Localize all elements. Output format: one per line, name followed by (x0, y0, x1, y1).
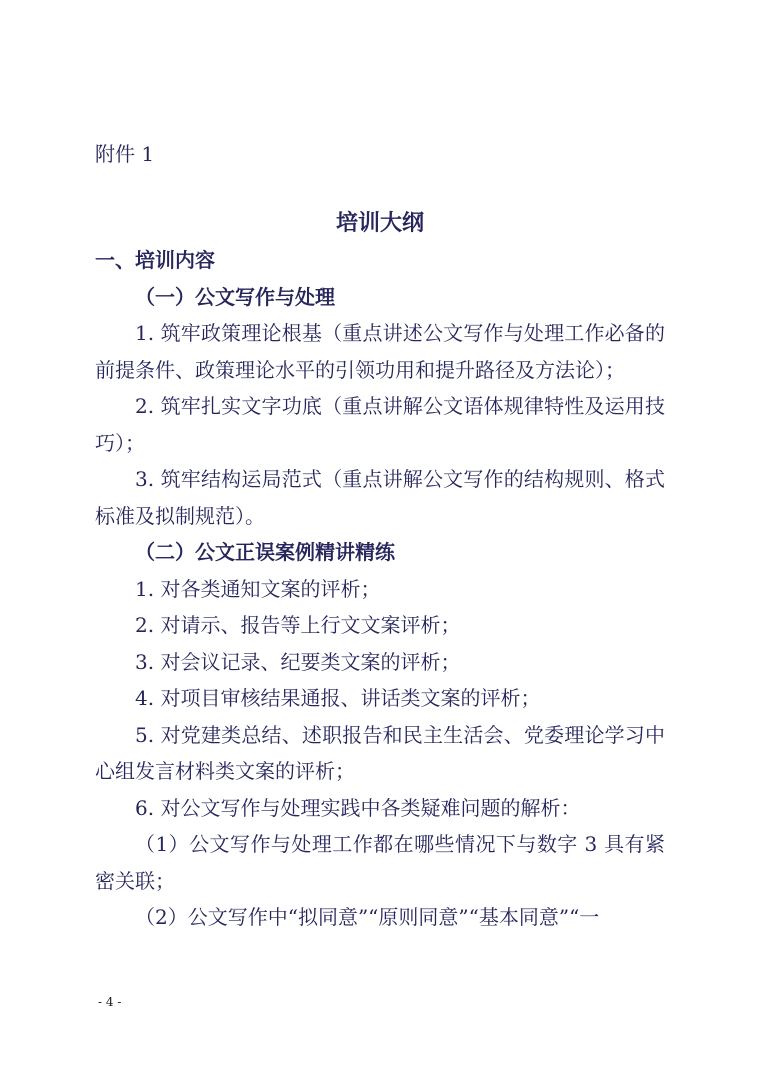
list-item: （1）公文写作与处理工作都在哪些情况下与数字 3 具有紧密关联； (95, 826, 665, 899)
list-item: 1. 对各类通知文案的评析； (95, 571, 665, 608)
document-title: 培训大纲 (95, 206, 665, 243)
list-item: 3. 对会议记录、纪要类文案的评析； (95, 644, 665, 681)
page-number: - 4 - (98, 995, 121, 1009)
list-item: 1. 筑牢政策理论根基（重点讲述公文写作与处理工作必备的前提条件、政策理论水平的… (95, 315, 665, 388)
list-item: 5. 对党建类总结、述职报告和民主生活会、党委理论学习中心组发言材料类文案的评析… (95, 717, 665, 790)
list-item: 2. 筑牢扎实文字功底（重点讲解公文语体规律特性及运用技巧）； (95, 388, 665, 461)
subsection-heading-case-studies: （二）公文正误案例精讲精练 (95, 534, 665, 571)
list-item: 4. 对项目审核结果通报、讲话类文案的评析； (95, 680, 665, 717)
document-page: 附件 1 培训大纲 一、培训内容 （一）公文写作与处理 1. 筑牢政策理论根基（… (0, 0, 760, 1074)
list-item: 3. 筑牢结构运局范式（重点讲解公文写作的结构规则、格式标准及拟制规范）。 (95, 461, 665, 534)
list-item: 6. 对公文写作与处理实践中各类疑难问题的解析： (95, 790, 665, 827)
subsection-heading-document-writing: （一）公文写作与处理 (95, 279, 665, 316)
list-item: （2）公文写作中“拟同意”“原则同意”“基本同意”“一 (95, 899, 665, 936)
list-item: 2. 对请示、报告等上行文文案评析； (95, 607, 665, 644)
attachment-label: 附件 1 (95, 136, 665, 173)
section-heading-training-content: 一、培训内容 (95, 242, 665, 279)
